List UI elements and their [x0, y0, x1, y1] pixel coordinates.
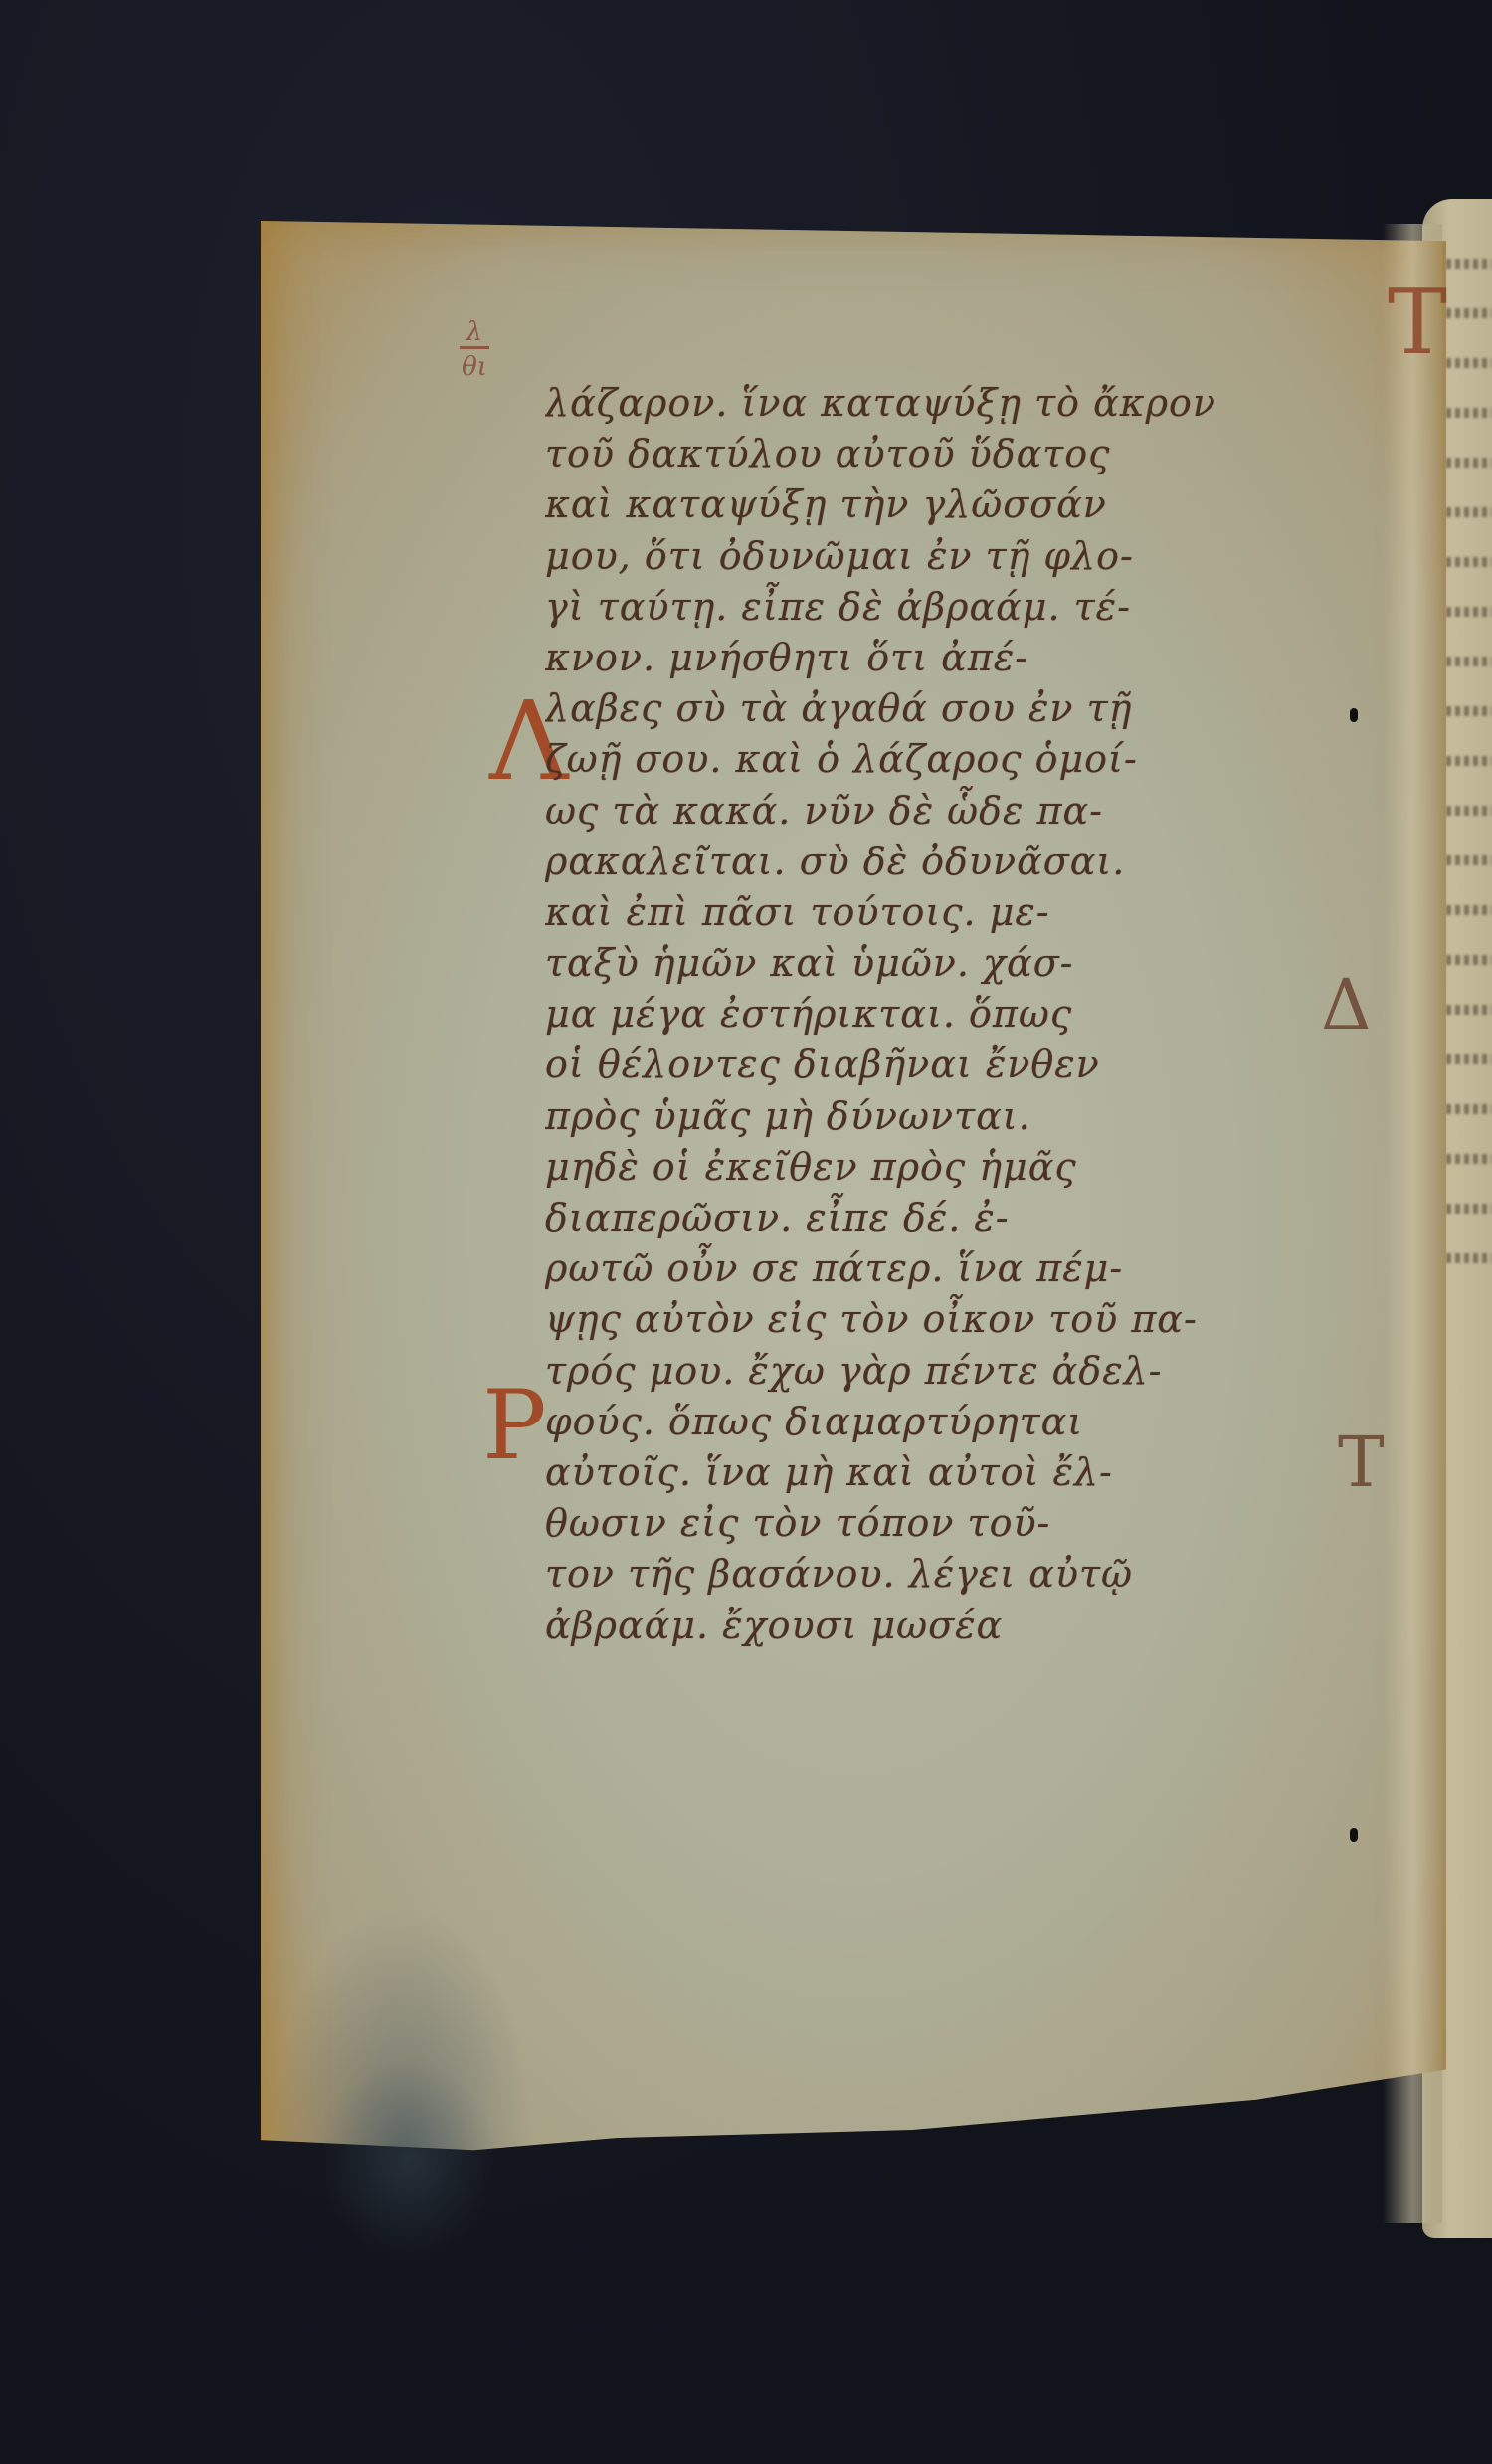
text-line: πρὸς ὑμᾶς μὴ δύνωνται.: [545, 1091, 1400, 1142]
text-line: ρακαλεῖται. σὺ δὲ ὀδυνᾶσαι.: [545, 837, 1400, 887]
margin-note: λ θι: [440, 318, 509, 381]
ink-dot: [1350, 1828, 1358, 1842]
text-line: ρωτῶ οὖν σε πάτερ. ἵνα πέμ-: [545, 1243, 1400, 1294]
text-line: τοῦ δακτύλου αὐτοῦ ὕδατος: [545, 429, 1400, 479]
margin-numeral-bottom: θι: [462, 352, 487, 382]
text-line: φούς. ὅπως διαμαρτύρηται: [545, 1397, 1400, 1447]
text-line: μα μέγα ἐστήρικται. ὅπως: [545, 989, 1400, 1040]
text-line: ως τὰ κακά. νῦν δὲ ὧδε πα-: [545, 786, 1400, 837]
text-line: κνον. μνήσθητι ὅτι ἀπέ-: [545, 633, 1400, 683]
text-line: αὐτοῖς. ἵνα μὴ καὶ αὐτοὶ ἔλ-: [545, 1447, 1400, 1498]
text-line: μου, ὅτι ὀδυνῶμαι ἐν τῇ φλο-: [545, 531, 1400, 582]
top-right-rubric-mark: Τ: [1388, 279, 1447, 368]
text-line: διαπερῶσιν. εἶπε δέ. ἐ-: [545, 1193, 1400, 1243]
text-line: μηδὲ οἱ ἐκεῖθεν πρὸς ἡμᾶς: [545, 1142, 1400, 1193]
text-line: τρός μου. ἔχω γὰρ πέντε ἀδελ-: [545, 1346, 1400, 1397]
text-line: καὶ ἐπὶ πᾶσι τούτοις. με-: [545, 887, 1400, 938]
text-line: ταξὺ ἡμῶν καὶ ὑμῶν. χάσ-: [545, 938, 1400, 989]
water-stain: [318, 2059, 497, 2258]
text-line: οἱ θέλοντες διαβῆναι ἔνθεν: [545, 1040, 1400, 1090]
margin-numeral-top: λ: [460, 318, 489, 349]
rubricated-initial-rho: Ρ: [482, 1378, 547, 1473]
main-text-column: λάζαρον. ἵνα καταψύξῃ τὸ ἄκρον τοῦ δακτύ…: [545, 378, 1400, 1651]
text-line: καὶ καταψύξῃ τὴν γλῶσσάν: [545, 479, 1400, 530]
text-line: γὶ ταύτῃ. εἶπε δὲ ἀβραάμ. τέ-: [545, 582, 1400, 633]
text-line: τον τῆς βασάνου. λέγει αὐτῷ: [545, 1549, 1400, 1600]
text-line: ψῃς αὐτὸν εἰς τὸν οἶκον τοῦ πα-: [545, 1294, 1400, 1345]
text-line: ἀβραάμ. ἔχουσι μωσέα: [545, 1601, 1400, 1651]
text-line: λαβες σὺ τὰ ἀγαθά σου ἐν τῇ: [545, 683, 1400, 734]
text-line: θωσιν εἰς τὸν τόπον τοῦ-: [545, 1498, 1400, 1549]
text-line: ζωῇ σου. καὶ ὁ λάζαρος ὁμοί-: [545, 734, 1400, 785]
text-line: λάζαρον. ἵνα καταψύξῃ τὸ ἄκρον: [545, 378, 1400, 429]
